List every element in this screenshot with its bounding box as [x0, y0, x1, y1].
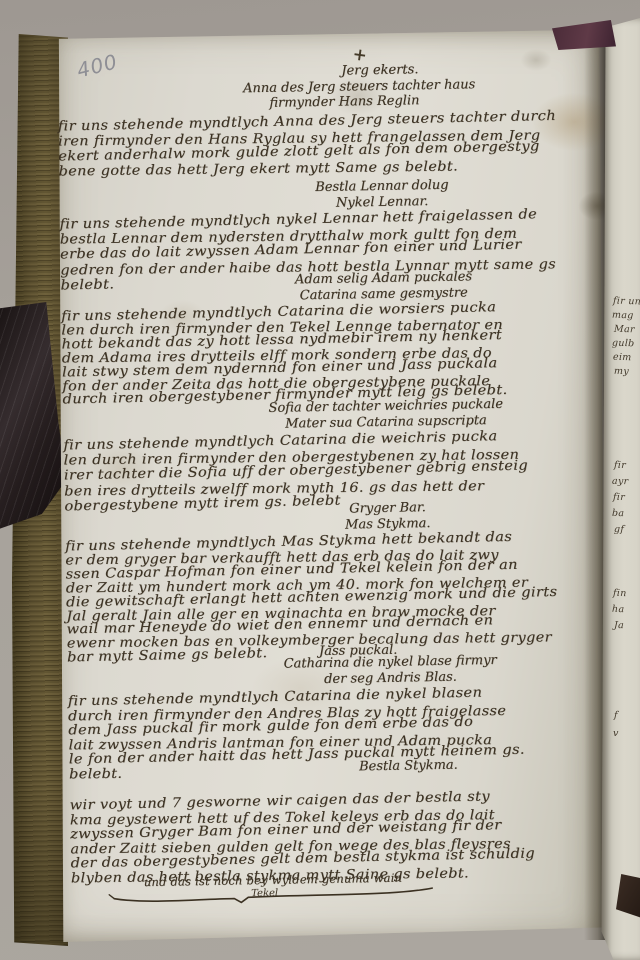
facing-text-fragment: ayr [612, 476, 629, 488]
facing-text-fragment: fir un [613, 296, 640, 308]
facing-text-fragment: mag [612, 310, 634, 322]
facing-text-fragment: eim [613, 352, 632, 364]
facing-text-fragment: fir [613, 492, 625, 503]
facing-text-fragment: v [613, 728, 619, 739]
record-6: Catharina die nykel blase firmyr der seg… [67, 651, 603, 782]
manuscript-photo: 400 + Jerg ekerts. Anna des Jerg steuers… [0, 0, 640, 960]
record-body: fir uns stehende myndtlych Catarina die … [68, 685, 603, 782]
facing-page-edge: fir un mag Mar gulb eim my fir ayr fir b… [600, 18, 640, 960]
record-4: Sofia der tachter weichries puckale Mate… [63, 395, 599, 514]
facing-text-fragment: gulb [612, 338, 635, 350]
facing-text-fragment: fir [614, 460, 626, 471]
facing-text-fragment: f [614, 710, 618, 721]
facing-text-fragment: Ja [614, 620, 624, 631]
facing-text-fragment: Mar [614, 324, 635, 336]
final-annotation: und das ist noch bey wyldem genuma wain … [101, 870, 445, 906]
facing-text-fragment: ha [612, 604, 625, 615]
record-1: Jerg ekerts. Anna des Jerg steuers tacht… [57, 59, 593, 180]
final-annotation-signature: Tekel [251, 888, 278, 899]
handwriting-layer: 400 + Jerg ekerts. Anna des Jerg steuers… [0, 0, 640, 960]
facing-text-fragment: my [614, 366, 629, 378]
record-3: Adam selig Adam puckales Catarina same g… [60, 267, 596, 408]
record-body: fir uns stehende myndtlych Anna des Jerg… [58, 110, 593, 180]
facing-text-fragment: ba [612, 508, 625, 519]
record-signature: Bestla Stykma. [359, 758, 458, 775]
facing-text-fragment: gf [614, 524, 625, 535]
record-body: fir uns stehende myndtlych Catarina die … [61, 301, 597, 408]
facing-text-fragment: fin [613, 588, 627, 599]
record-5: Gryger Bar. Mas Stykma. fir uns stehende… [64, 497, 601, 665]
